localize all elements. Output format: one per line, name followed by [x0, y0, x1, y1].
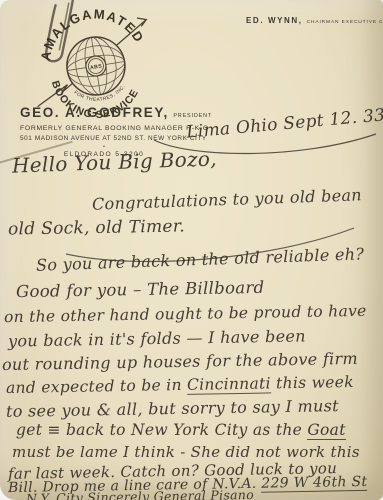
- executive-title: CHAIRMAN EXECUTIVE COMMITTEE: [307, 20, 383, 25]
- underlined-word: Cincinnati: [187, 374, 271, 394]
- executive-name: ED. WYNN,: [246, 16, 303, 25]
- letter-line: get ≡ back to New York City as the Goat: [16, 421, 346, 439]
- signature: General Pisano: [154, 487, 255, 500]
- underlined-word: Goat: [307, 421, 345, 440]
- underlined-word: 229 W 46th St: [261, 474, 367, 493]
- president-name: GEO. A. GODFREY,: [20, 105, 169, 120]
- executive-line: ED. WYNN, CHAIRMAN EXECUTIVE COMMITTEE: [246, 16, 383, 25]
- president-title: PRESIDENT: [173, 113, 212, 119]
- letter-line: must be lame I think - She did not work …: [12, 443, 360, 461]
